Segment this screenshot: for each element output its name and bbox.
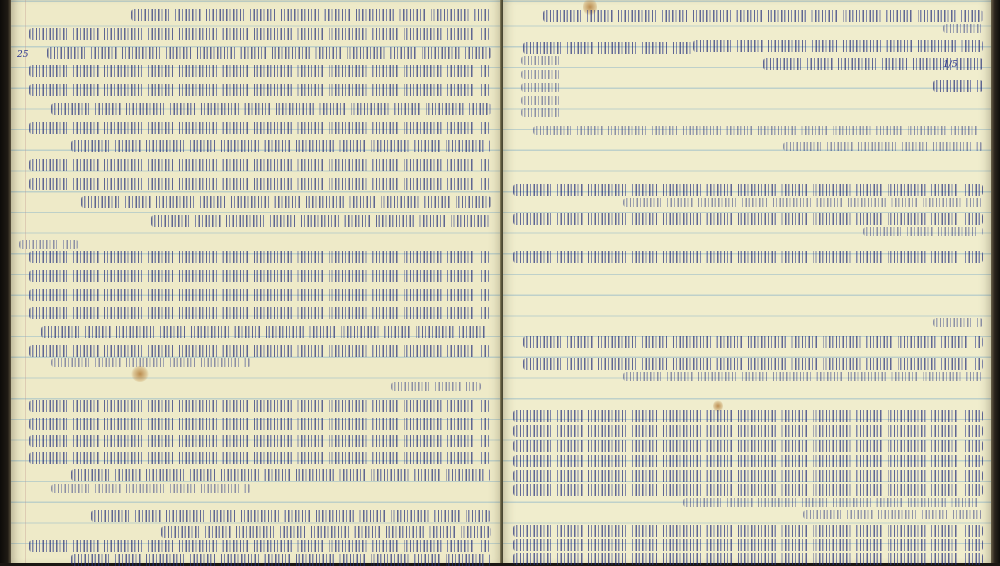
handwriting-line [523, 336, 983, 348]
handwriting-line [803, 510, 983, 519]
handwriting-line [513, 425, 983, 437]
handwriting-line [29, 345, 491, 357]
handwriting-line [693, 40, 983, 52]
notebook-spread: 25 [0, 0, 1000, 563]
handwriting-line [29, 65, 491, 77]
margin-note [19, 240, 79, 249]
margin-note [521, 70, 561, 79]
stain-mark [131, 366, 149, 382]
handwriting-line [523, 358, 983, 370]
handwriting-line [391, 382, 481, 391]
handwriting-line [71, 469, 491, 481]
handwriting-line [71, 140, 491, 152]
left-page-margin [25, 0, 26, 563]
handwriting-line [29, 84, 491, 96]
handwriting-line [513, 470, 983, 482]
handwriting-line [29, 28, 491, 40]
handwriting-line [151, 215, 491, 227]
handwriting-line [71, 554, 491, 563]
handwriting-line [51, 358, 251, 367]
handwriting-line [513, 440, 983, 452]
scanner-edge-left [0, 0, 11, 563]
handwriting-line [29, 159, 491, 171]
handwriting-line [29, 452, 491, 464]
handwriting-line [29, 178, 491, 190]
handwriting-line [47, 47, 491, 59]
handwriting-line [513, 184, 983, 196]
handwriting-line [513, 410, 983, 422]
handwriting-line [543, 10, 983, 22]
handwriting-line [943, 24, 983, 33]
handwriting-line [513, 553, 983, 563]
scanner-edge-right [991, 0, 1000, 563]
handwriting-line [623, 372, 983, 381]
handwriting-line [131, 9, 491, 21]
handwriting-line [29, 540, 491, 552]
right-page: 1/5 [503, 0, 991, 563]
handwriting-line [513, 455, 983, 467]
handwriting-line [933, 80, 983, 92]
handwriting-line [91, 510, 491, 522]
handwriting-line [623, 198, 983, 207]
handwriting-line [29, 251, 491, 263]
margin-note [521, 83, 561, 92]
margin-number: 1/5 [943, 60, 957, 70]
handwriting-line [513, 213, 983, 225]
handwriting-line [513, 484, 983, 496]
handwriting-line [533, 126, 983, 135]
handwriting-line [29, 289, 491, 301]
handwriting-line [29, 418, 491, 430]
section-heading-mark [933, 318, 983, 327]
handwriting-line [683, 498, 983, 507]
handwriting-line [51, 103, 491, 115]
margin-number: 25 [17, 50, 28, 60]
margin-note [521, 108, 561, 117]
handwriting-line [513, 251, 983, 263]
handwriting-line [783, 142, 983, 151]
handwriting-line [29, 435, 491, 447]
handwriting-line [29, 270, 491, 282]
handwriting-line [51, 484, 251, 493]
handwriting-line [161, 526, 491, 538]
handwriting-line [81, 196, 491, 208]
margin-note [523, 42, 693, 54]
left-page: 25 [11, 0, 501, 563]
handwriting-line [29, 122, 491, 134]
handwriting-line [29, 400, 491, 412]
handwriting-line [29, 307, 491, 319]
handwriting-line [41, 326, 491, 338]
handwriting-line [863, 227, 983, 236]
handwriting-line [513, 539, 983, 551]
margin-note [521, 56, 561, 65]
handwriting-line [513, 525, 983, 537]
margin-note [521, 96, 561, 105]
